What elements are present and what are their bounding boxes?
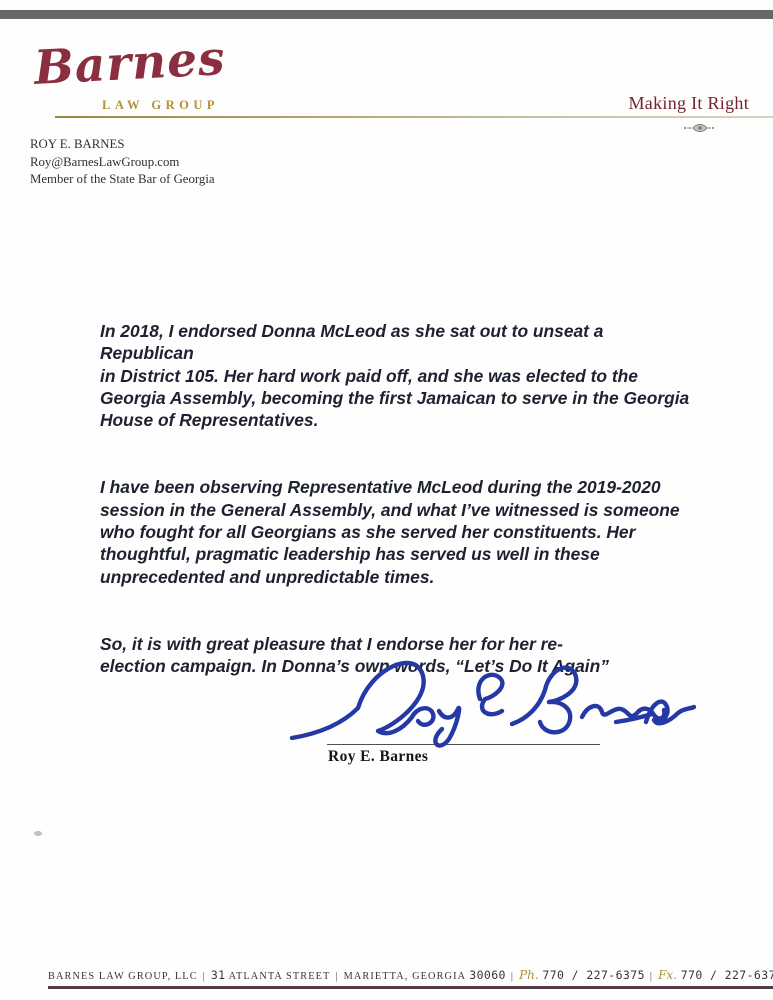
footer-fax-number: 770 / 227-6373: [681, 968, 773, 982]
handwritten-signature-ink: [286, 650, 696, 760]
footer-phone-number: 770 / 227-6375: [542, 968, 645, 982]
attorney-bar-membership: Member of the State Bar of Georgia: [30, 171, 215, 189]
attorney-email: Roy@BarnesLawGroup.com: [30, 154, 215, 172]
letter-paragraph-1: In 2018, I endorsed Donna McLeod as she …: [100, 320, 692, 431]
contact-block: ROY E. BARNES Roy@BarnesLawGroup.com Mem…: [30, 136, 215, 189]
footer-separator: |: [650, 971, 653, 982]
footer-separator: |: [335, 971, 338, 982]
logo-subtext: LAW GROUP: [102, 98, 219, 113]
ink-smudge-artifact: [34, 831, 42, 836]
footer-address-number: 31: [211, 968, 226, 982]
attorney-name: ROY E. BARNES: [30, 136, 215, 154]
tagline: Making It Right: [629, 93, 750, 114]
footer-separator: |: [511, 971, 514, 982]
footer-fax-label: Fx.: [658, 968, 677, 982]
footer-rule: [48, 986, 773, 989]
footer-city: Marietta, Georgia: [344, 971, 466, 982]
footer-address-street: Atlanta Street: [229, 971, 331, 982]
footer-phone-label: Ph.: [519, 968, 539, 982]
letter-paragraph-2: I have been observing Representative McL…: [100, 476, 692, 587]
footer-zip: 30060: [469, 968, 506, 982]
logo-script-text: Barnes: [33, 35, 227, 92]
footer-separator: |: [203, 971, 206, 982]
letter-page: Barnes LAW GROUP Making It Right ROY E. …: [0, 0, 773, 1000]
footer-firm: Barnes Law Group, LLC: [48, 971, 198, 982]
letterhead-rule: [55, 116, 773, 118]
scan-edge-artifact: [0, 10, 773, 19]
footer: Barnes Law Group, LLC|31 Atlanta Street|…: [48, 968, 773, 987]
fleuron-ornament-icon: [683, 121, 715, 139]
